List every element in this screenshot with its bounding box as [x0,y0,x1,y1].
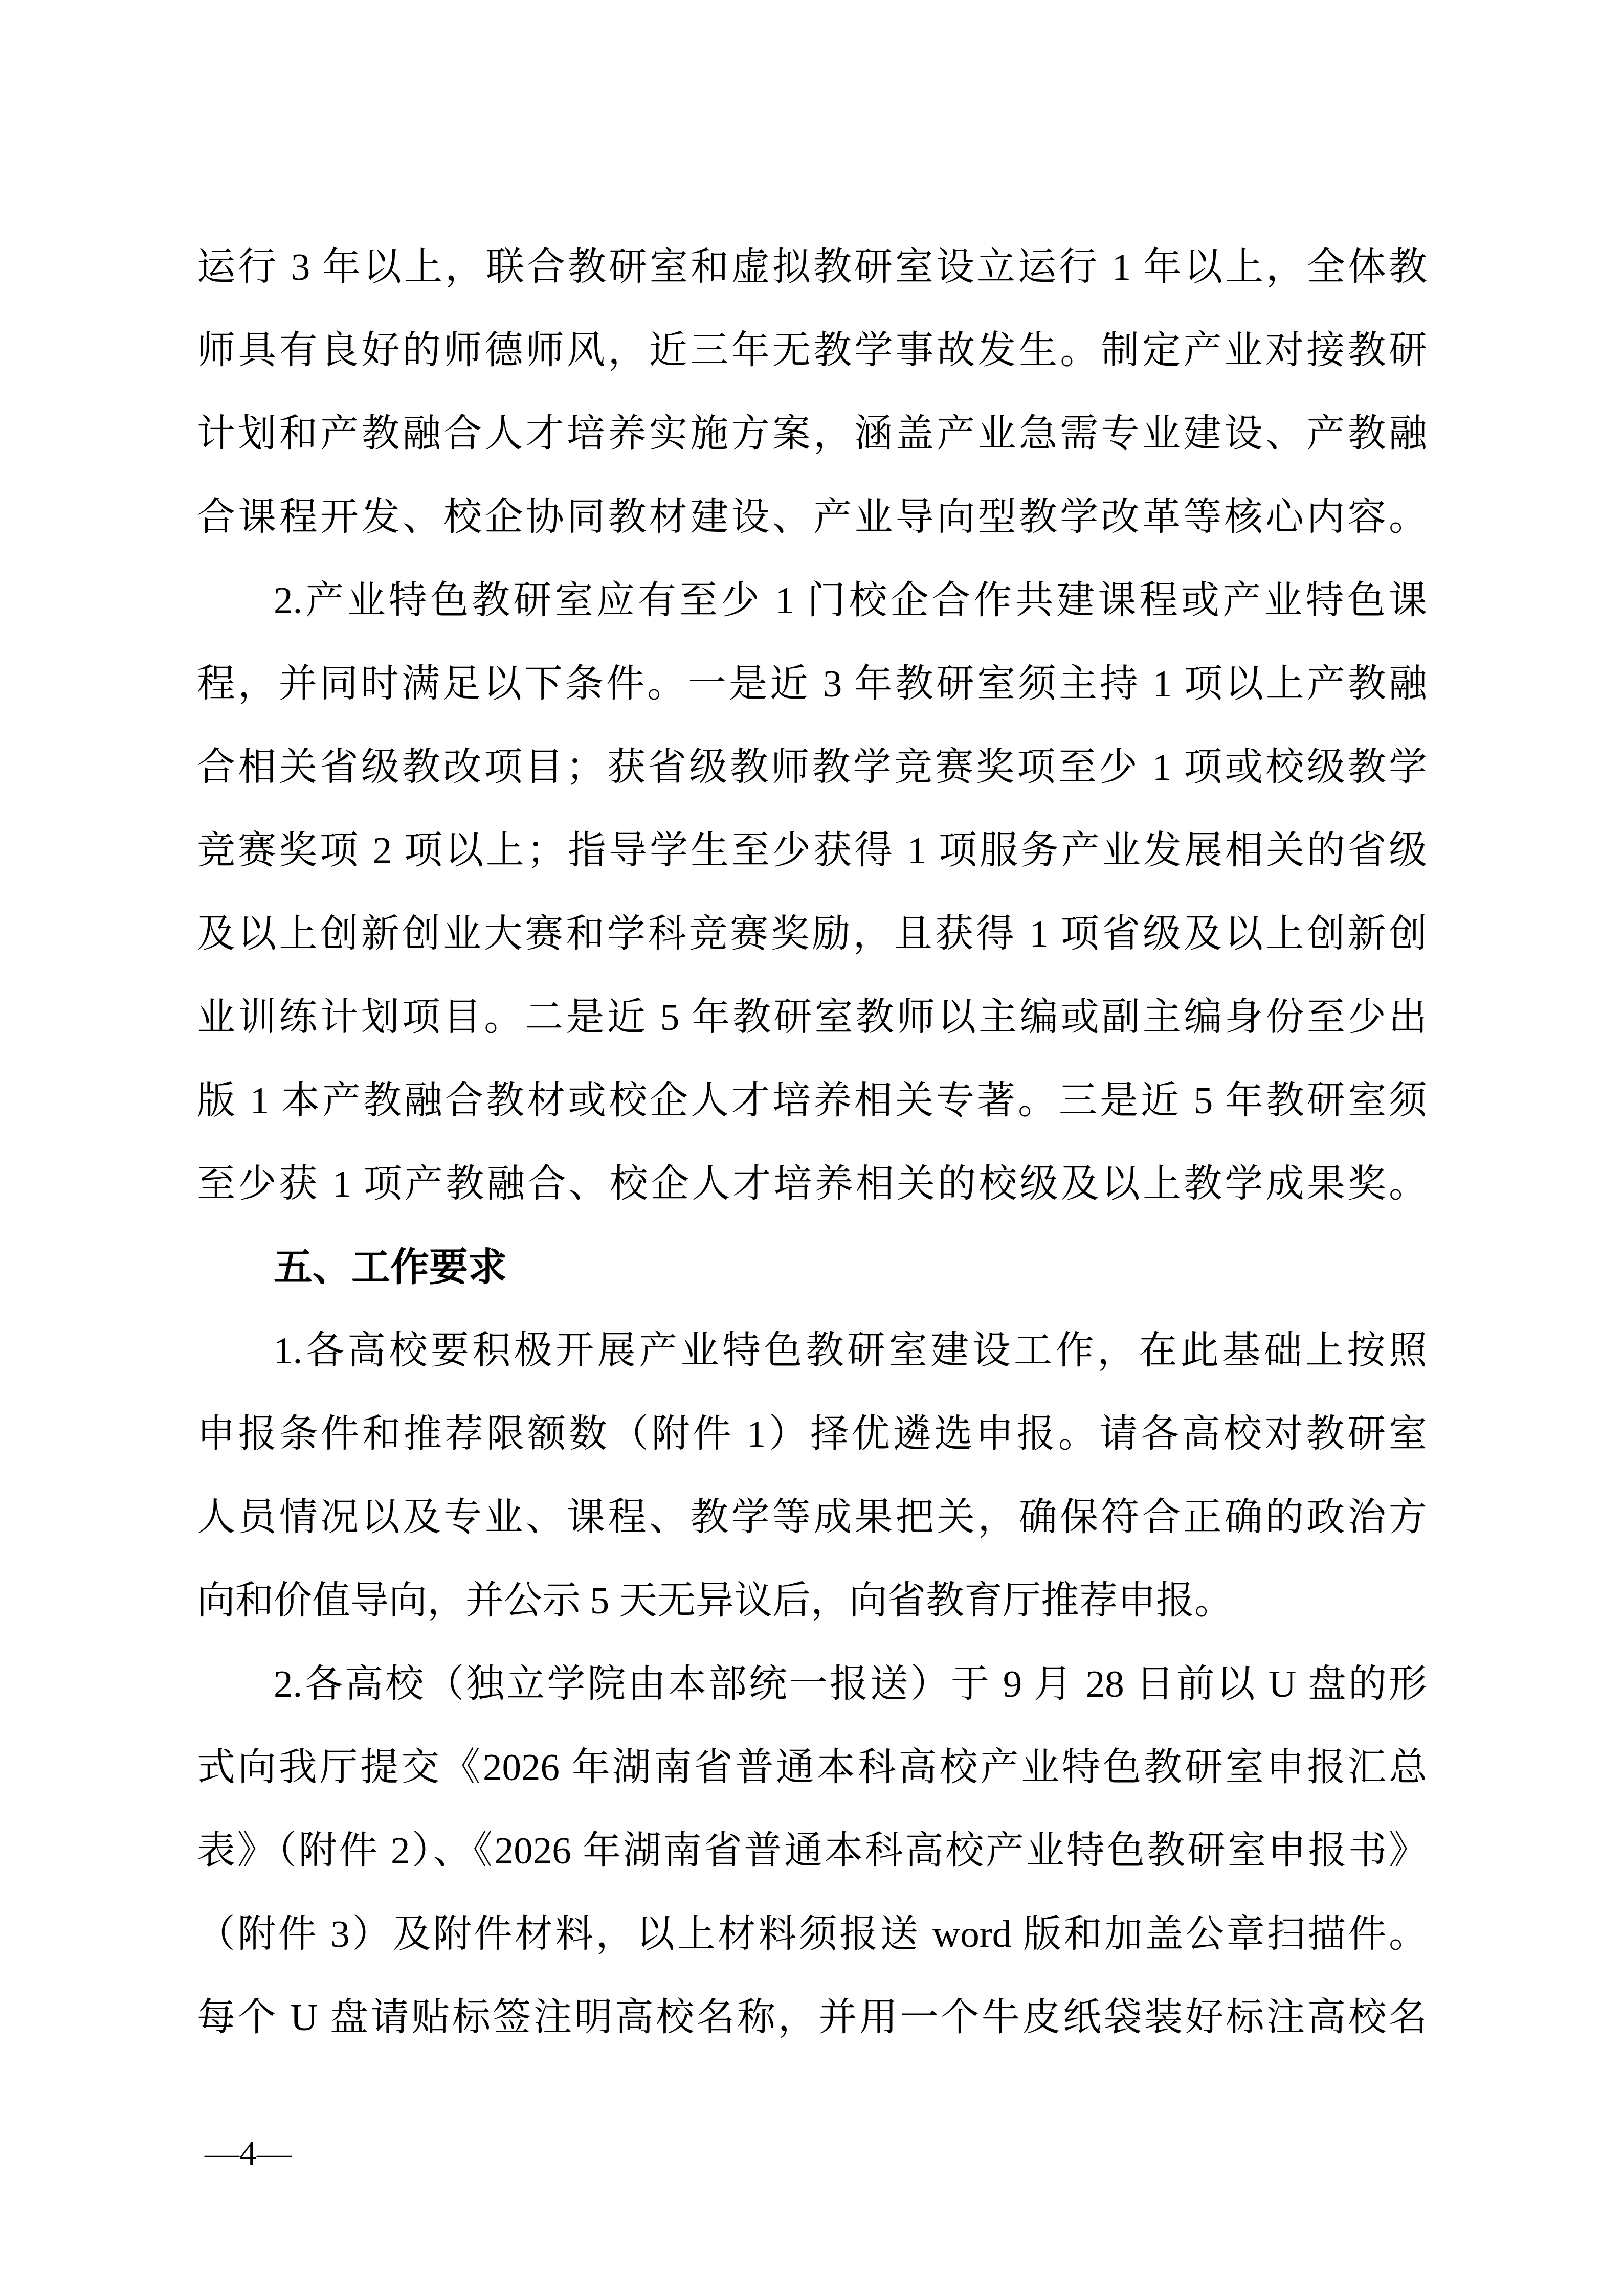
body-line: 1.各高校要积极开展产业特色教研室建设工作，在此基础上按照 [197,1309,1427,1392]
section-heading: 五、工作要求 [197,1226,1427,1309]
body-line: 及以上创新创业大赛和学科竞赛奖励，且获得 1 项省级及以上创新创 [197,892,1427,976]
body-line: 2.产业特色教研室应有至少 1 门校企合作共建课程或产业特色课 [197,559,1427,642]
body-line: 合课程开发、校企协同教材建设、产业导向型教学改革等核心内容。 [197,476,1427,559]
body-line: 人员情况以及专业、课程、教学等成果把关，确保符合正确的政治方 [197,1476,1427,1559]
document-body: 运行 3 年以上，联合教研室和虚拟教研室设立运行 1 年以上，全体教 师具有良好… [197,226,1427,2059]
body-line: 运行 3 年以上，联合教研室和虚拟教研室设立运行 1 年以上，全体教 [197,226,1427,309]
document-page: 运行 3 年以上，联合教研室和虚拟教研室设立运行 1 年以上，全体教 师具有良好… [0,0,1624,2296]
body-line: 程，并同时满足以下条件。一是近 3 年教研室须主持 1 项以上产教融 [197,642,1427,726]
body-line: 竞赛奖项 2 项以上；指导学生至少获得 1 项服务产业发展相关的省级 [197,809,1427,892]
body-line: （附件 3）及附件材料，以上材料须报送 word 版和加盖公章扫描件。 [197,1893,1427,1976]
body-line: 业训练计划项目。二是近 5 年教研室教师以主编或副主编身份至少出 [197,976,1427,1059]
body-line: 2.各高校（独立学院由本部统一报送）于 9 月 28 日前以 U 盘的形 [197,1642,1427,1726]
body-line: 表》（附件 2）、《2026 年湖南省普通本科高校产业特色教研室申报书》 [197,1809,1427,1893]
body-line: 式向我厅提交《2026 年湖南省普通本科高校产业特色教研室申报汇总 [197,1726,1427,1809]
body-line: 合相关省级教改项目；获省级教师教学竞赛奖项至少 1 项或校级教学 [197,726,1427,809]
body-line: 版 1 本产教融合教材或校企人才培养相关专著。三是近 5 年教研室须 [197,1059,1427,1142]
body-line: 计划和产教融合人才培养实施方案，涵盖产业急需专业建设、产教融 [197,392,1427,476]
body-line: 至少获 1 项产教融合、校企人才培养相关的校级及以上教学成果奖。 [197,1142,1427,1226]
body-line: 每个 U 盘请贴标签注明高校名称，并用一个牛皮纸袋装好标注高校名 [197,1976,1427,2059]
page-number: —4— [205,2132,292,2173]
body-line: 向和价值导向，并公示 5 天无异议后，向省教育厅推荐申报。 [197,1559,1427,1642]
body-line: 申报条件和推荐限额数（附件 1）择优遴选申报。请各高校对教研室 [197,1392,1427,1476]
body-line: 师具有良好的师德师风，近三年无教学事故发生。制定产业对接教研 [197,309,1427,392]
